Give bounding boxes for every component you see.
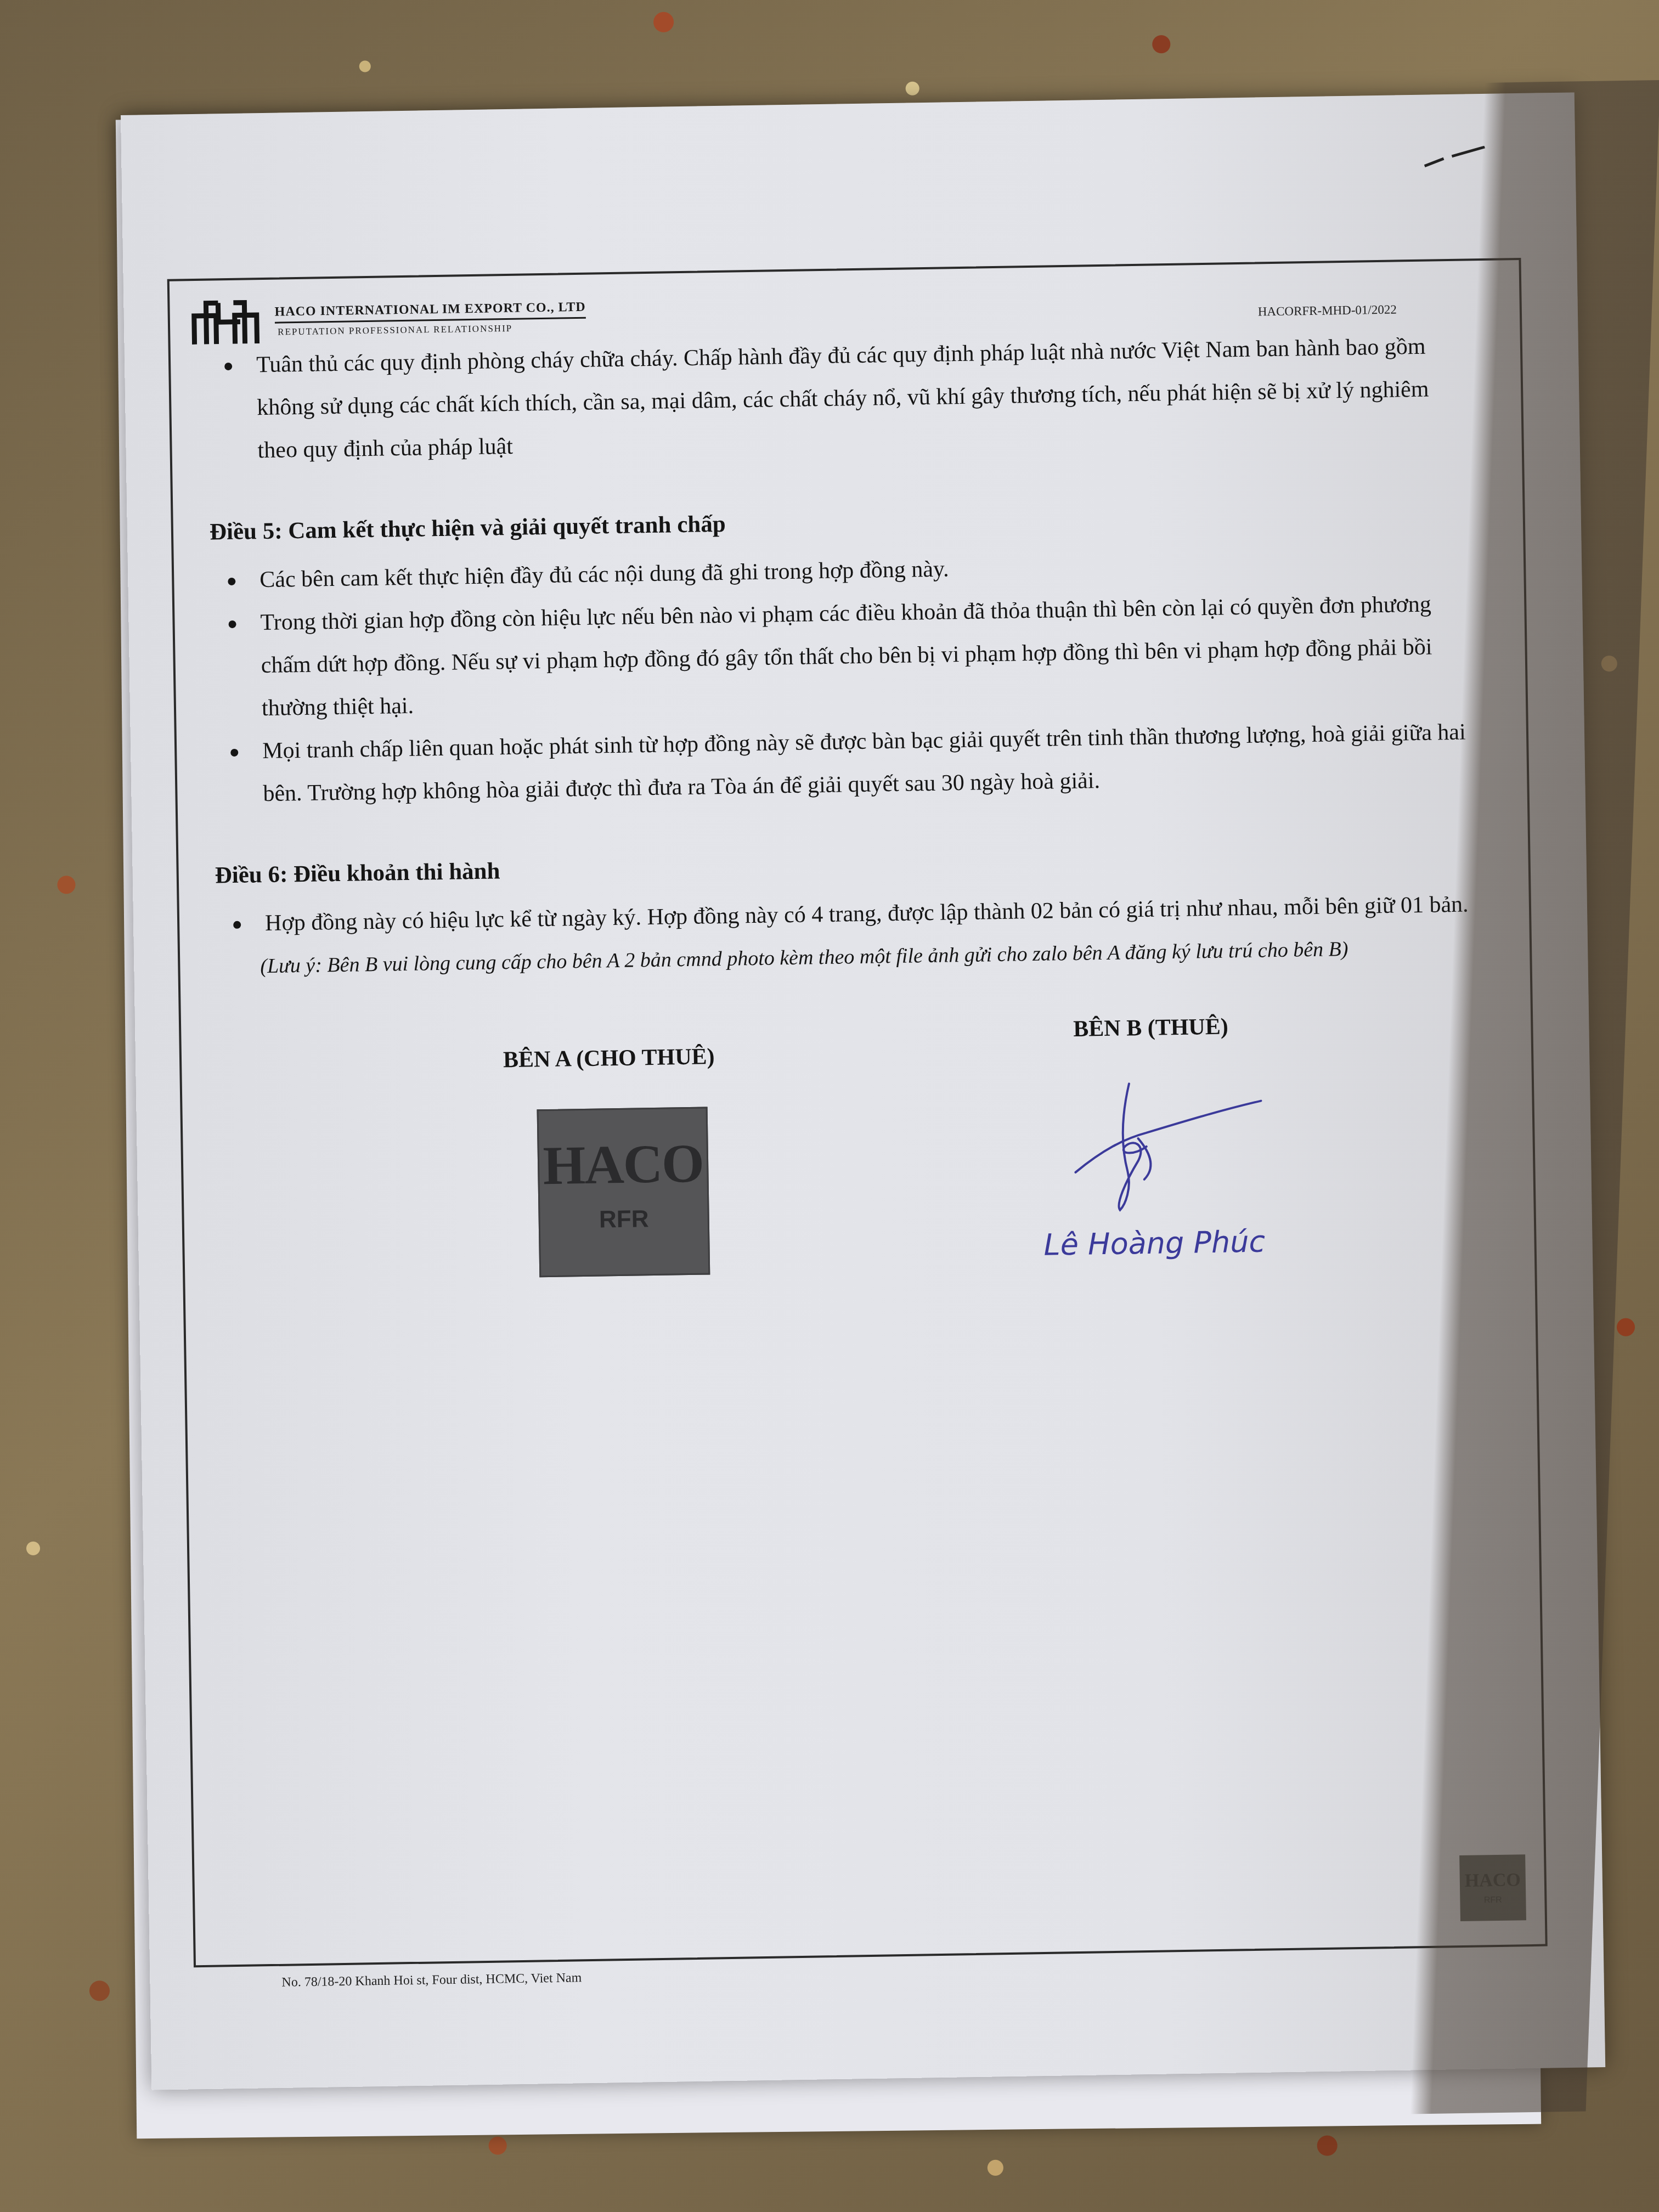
- company-tagline: REPUTATION PROFESSIONAL RELATIONSHIP: [278, 323, 512, 338]
- company-logo-icon: [189, 300, 261, 345]
- contract-body: Tuân thủ các quy định phòng cháy chữa ch…: [207, 324, 1485, 1361]
- signature-block: BÊN A (CHO THUÊ) BÊN B (THUÊ) HACO RFR L…: [217, 1001, 1484, 1361]
- list-item: Trong thời gian hợp đồng còn hiệu lực nế…: [211, 582, 1474, 730]
- stamp-text: HACO: [543, 1142, 703, 1188]
- pen-mark: [1421, 146, 1488, 169]
- contract-page: HACO INTERNATIONAL IM EXPORT CO., LTD RE…: [121, 92, 1605, 2090]
- footer-stamp-subtext: RFR: [1484, 1895, 1502, 1906]
- company-address: No. 78/18-20 Khanh Hoi st, Four dist, HC…: [281, 1971, 582, 1990]
- company-name: HACO INTERNATIONAL IM EXPORT CO., LTD: [274, 300, 586, 324]
- party-b-label: BÊN B (THUÊ): [1073, 1006, 1229, 1051]
- stamp-subtext: RFR: [599, 1198, 649, 1241]
- company-stamp: HACO RFR: [537, 1107, 710, 1277]
- document-code: HACORFR-MHD-01/2022: [1258, 303, 1397, 319]
- footer-stamp-text: HACO: [1465, 1870, 1521, 1892]
- party-b-signature: Lê Hoàng Phúc: [1041, 1070, 1275, 1272]
- article-5-list: Các bên cam kết thực hiện đầy đủ các nội…: [210, 539, 1476, 816]
- party-b-name: Lê Hoàng Phúc: [1043, 1224, 1266, 1262]
- footer-stamp: HACO RFR: [1459, 1854, 1526, 1921]
- intro-list: Tuân thủ các quy định phòng cháy chữa ch…: [207, 324, 1470, 472]
- party-a-label: BÊN A (CHO THUÊ): [503, 1035, 715, 1081]
- list-item: Tuân thủ các quy định phòng cháy chữa ch…: [207, 324, 1470, 472]
